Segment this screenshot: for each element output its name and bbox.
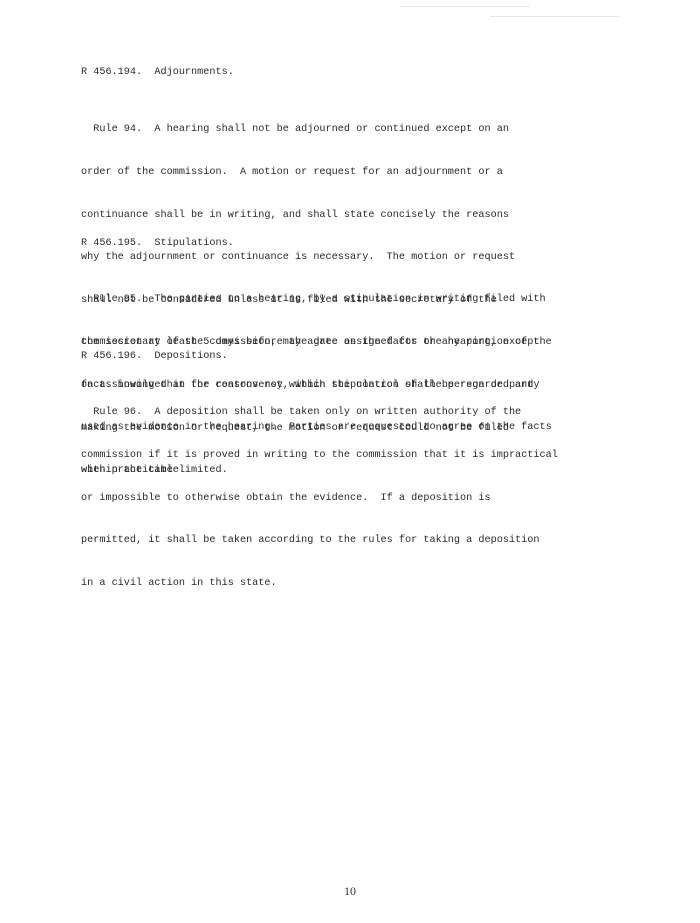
text-line: permitted, it shall be taken according t…: [81, 534, 558, 548]
text-line: Rule 95. The parties to a hearing, by a …: [81, 293, 552, 307]
scan-artifact: [490, 16, 620, 17]
section-heading-depositions: R 456.196. Depositions.: [81, 350, 228, 364]
document-page: R 456.194. Adjournments. Rule 94. A hear…: [0, 0, 700, 923]
text-line: the secretary of the commission, may agr…: [81, 336, 552, 350]
text-line: in a civil action in this state.: [81, 577, 558, 591]
text-line: commission if it is proved in writing to…: [81, 449, 558, 463]
section-heading-adjournments: R 456.194. Adjournments.: [81, 66, 234, 80]
text-line: why the adjournment or continuance is ne…: [81, 251, 540, 265]
section-heading-stipulations: R 456.195. Stipulations.: [81, 237, 234, 251]
text-line: or impossible to otherwise obtain the ev…: [81, 492, 558, 506]
text-line: continuance shall be in writing, and sha…: [81, 209, 540, 223]
text-line: Rule 96. A deposition shall be taken onl…: [81, 406, 558, 420]
scan-artifact: [400, 6, 530, 7]
text-line: Rule 94. A hearing shall not be adjourne…: [81, 123, 540, 137]
text-line: order of the commission. A motion or req…: [81, 166, 540, 180]
page-number: 10: [0, 884, 700, 899]
section-body-depositions: Rule 96. A deposition shall be taken onl…: [81, 378, 558, 619]
